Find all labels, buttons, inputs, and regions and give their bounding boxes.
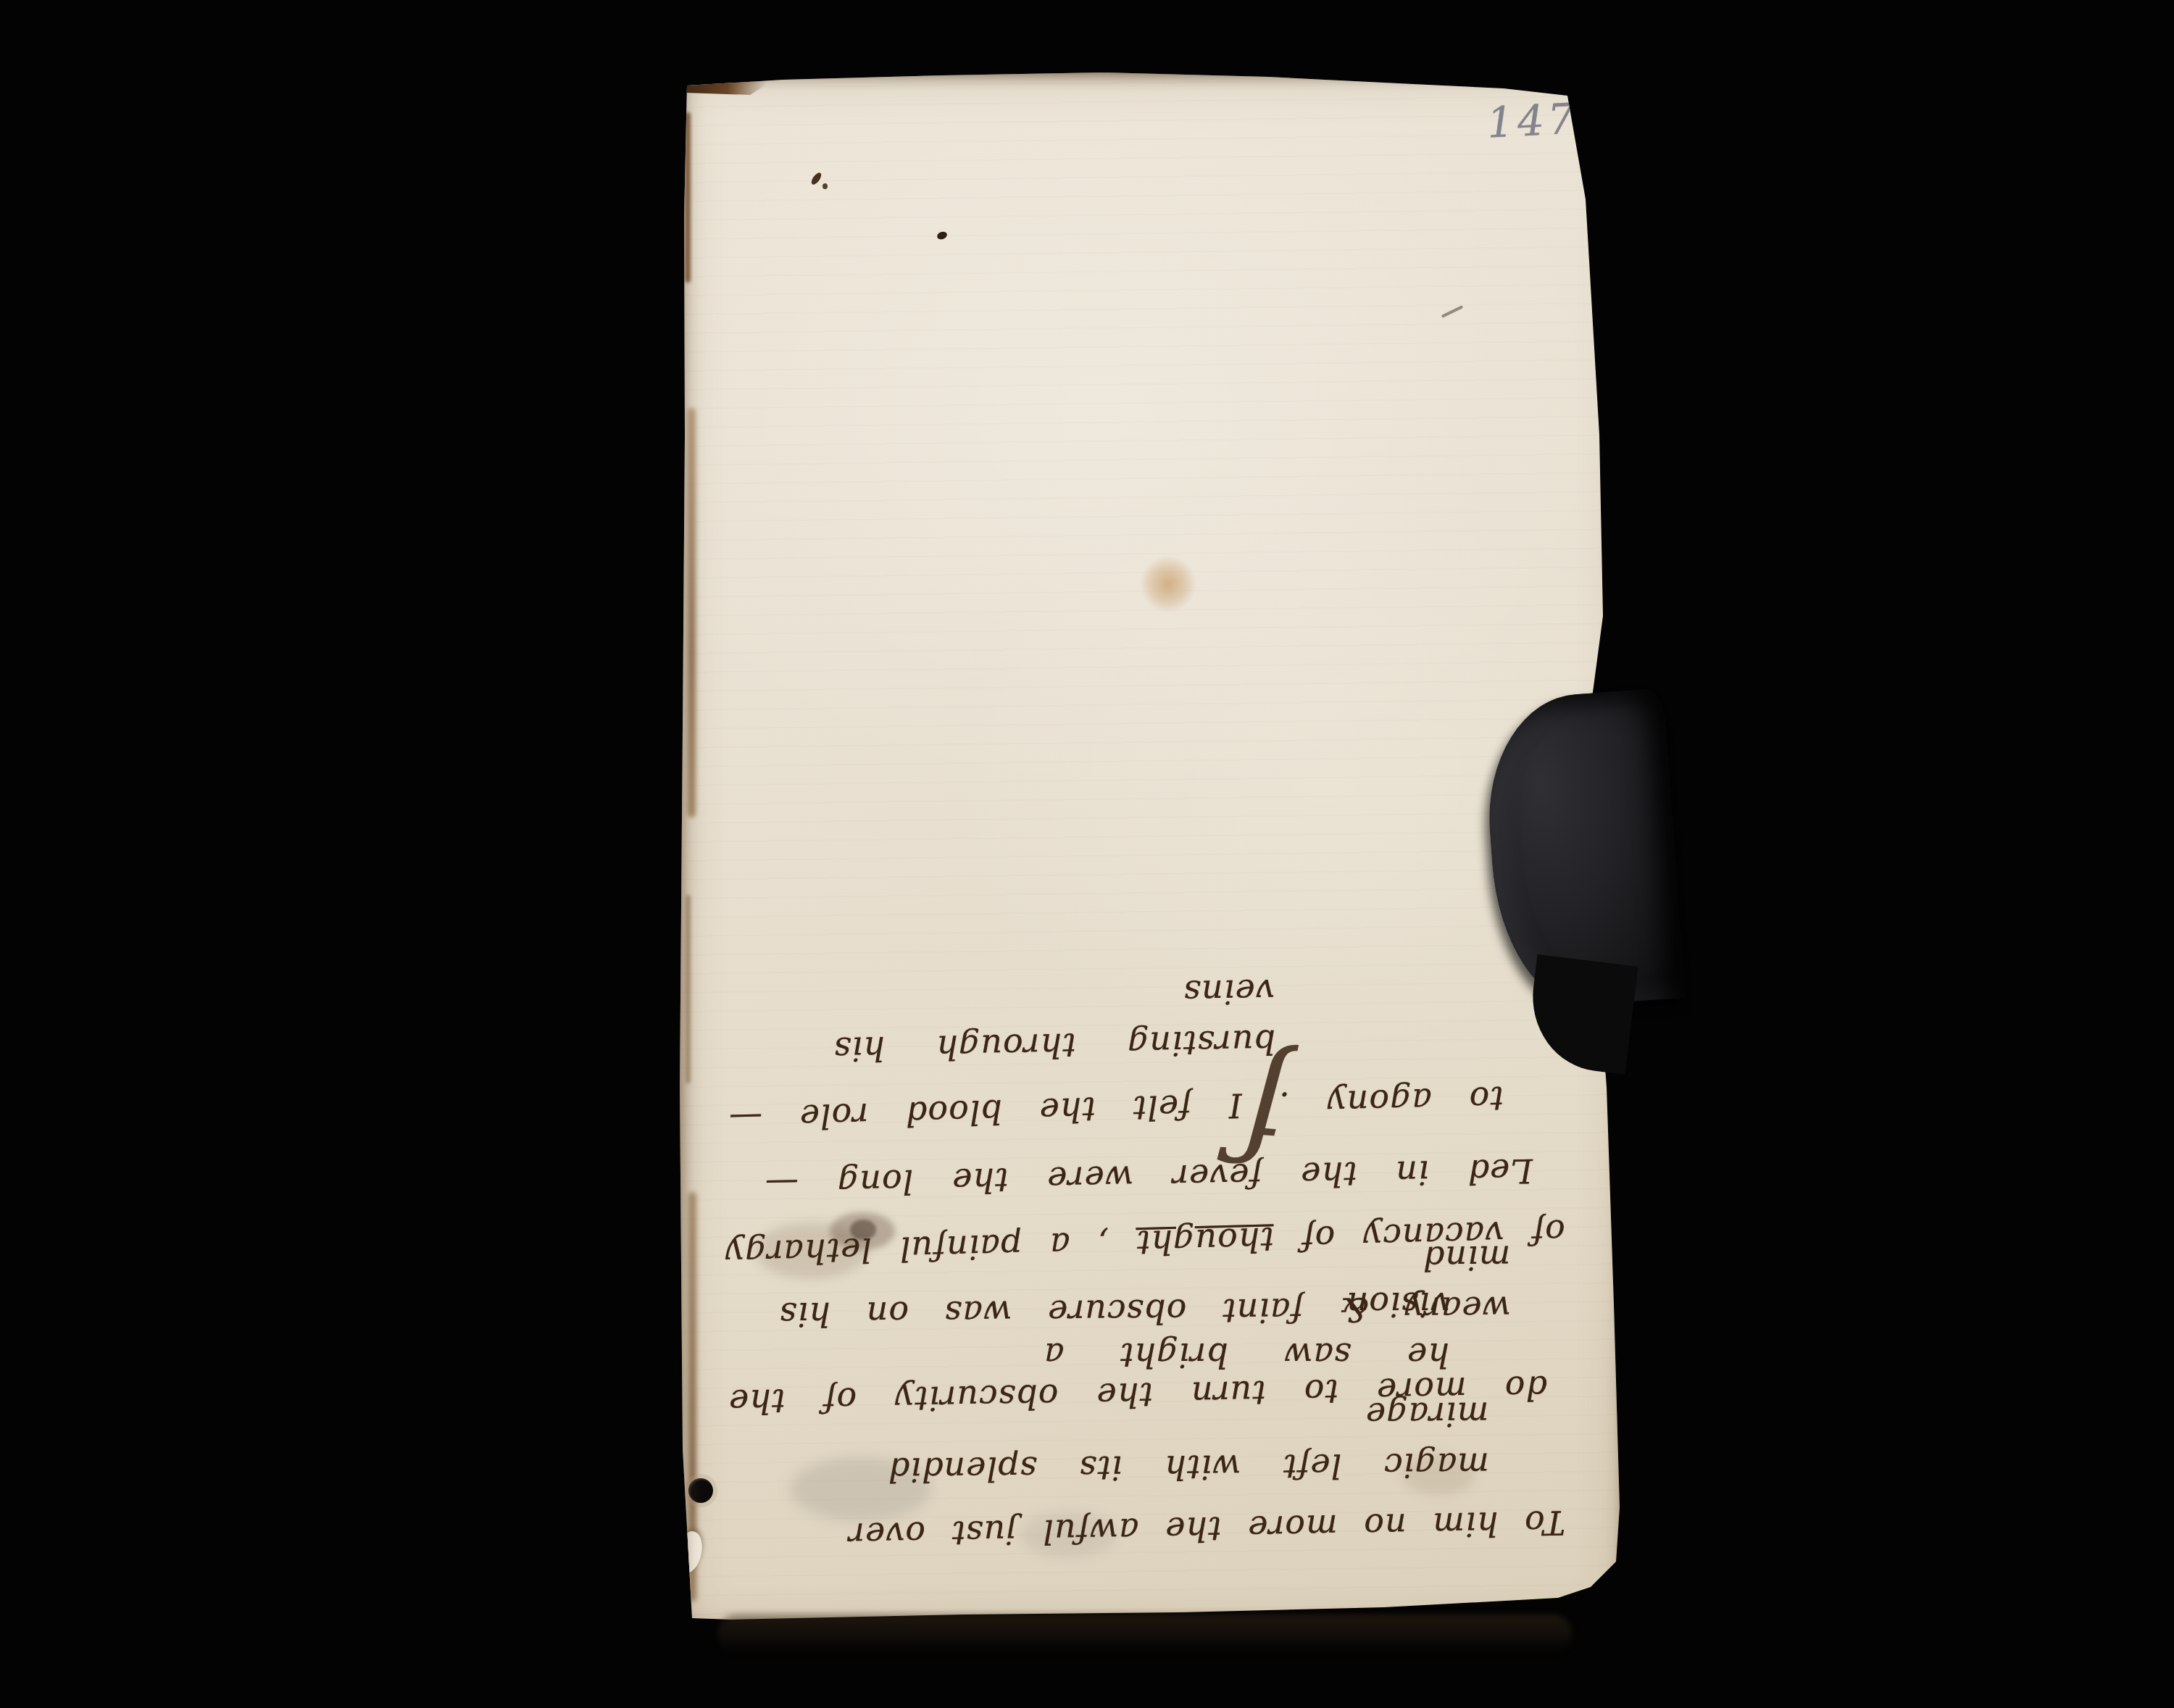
pen-flourish: ſ xyxy=(1235,1047,1291,1177)
handwriting-line: to agony . I felt the blood role — xyxy=(728,1073,1504,1144)
handwriting-line: bursting through his veins xyxy=(833,1017,1275,1075)
handwriting-block: bursting through his veins to agony . I … xyxy=(674,69,1630,1638)
handwriting-line: To him no more the awful just over xyxy=(847,1497,1565,1560)
handwriting-segment: , a painful lethargy xyxy=(724,1223,1136,1273)
textblock-edge-shadow xyxy=(717,1615,1573,1654)
handwriting-line: magic left with its splendid mirage xyxy=(888,1439,1490,1495)
underlined-word: thought xyxy=(1136,1220,1274,1262)
manuscript-page: 147 bursting through his veins to agony … xyxy=(674,69,1630,1638)
handwriting-line: Led in the fever were the long — xyxy=(764,1146,1533,1209)
handwriting-segment: of vacancy of xyxy=(1273,1212,1565,1259)
photo-stage: 147 bursting through his veins to agony … xyxy=(0,0,2174,1708)
